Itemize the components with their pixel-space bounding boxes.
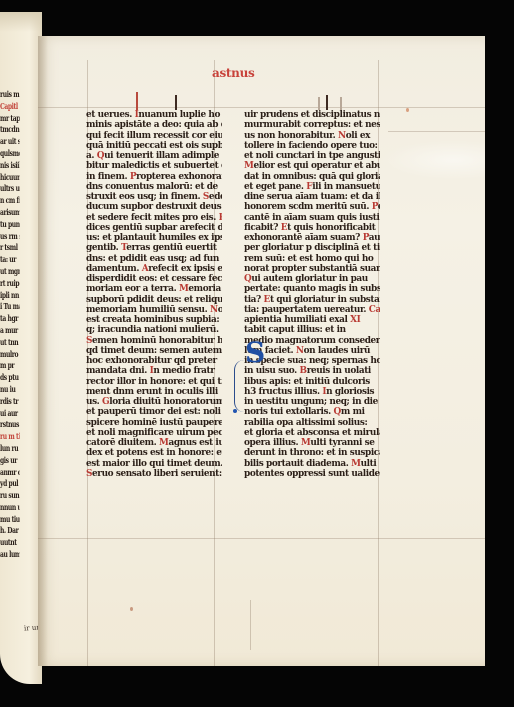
text-line: potentes oppressi sunt ualide: et [244, 469, 370, 479]
left-page-line: Capitl . r [0, 102, 20, 114]
left-page-line: ut tnn [0, 338, 20, 350]
text-segment: eruo sensato liberi seruient: et [92, 468, 222, 479]
left-page-line: ruis m ur [0, 90, 20, 102]
left-page-line: i Tu ma [0, 302, 20, 314]
left-page-line: rdis tr [0, 397, 20, 409]
left-page-line: nu iu [0, 385, 20, 397]
left-page-line: gis ur [0, 456, 20, 468]
left-page-line: ru m ti [0, 432, 20, 444]
left-page-line: anmr c [0, 468, 20, 480]
left-page-line: rt ruip [0, 279, 20, 291]
blue-initial: S [245, 340, 267, 366]
page-crease-highlight [380, 140, 485, 180]
left-page-line: ipli nn [0, 291, 20, 303]
left-page-line: nnun ur [0, 503, 20, 515]
parchment-stain [406, 108, 409, 112]
ascender [318, 97, 320, 110]
left-page-line: lun ru [0, 444, 20, 456]
left-page-line: ds ptu [0, 373, 20, 385]
text-column-b: uir prudens et disciplinatus nōmurmurabi… [244, 110, 380, 479]
left-page-line: mr tapiu [0, 114, 20, 126]
ascender [326, 95, 328, 110]
ruling-line-top [38, 107, 485, 108]
left-page-text: ruis m urCapitl . rmr tapiutmcdn suar ui… [0, 90, 20, 560]
ruling-line-col-b-left [250, 600, 251, 650]
rubricated-capital: Capitlm [369, 304, 380, 315]
page-gutter-shadow [38, 36, 48, 666]
left-page-line: nis isiilr [0, 161, 20, 173]
text-segment: potentes oppressi sunt ualide: et [244, 468, 380, 479]
ruling-line-margin [388, 131, 485, 132]
left-page-line: au lum [0, 550, 20, 560]
left-page-line: ut mgn [0, 267, 20, 279]
left-page-line: ru sun [0, 491, 20, 503]
left-page-line: mu tiu [0, 515, 20, 527]
left-page-line: ar uit sr [0, 137, 20, 149]
left-page-line: ta hgr [0, 314, 20, 326]
left-page-line: hicuum a [0, 173, 20, 185]
rubricated-capital: XI [350, 314, 360, 325]
left-page-line: arisum, [0, 208, 20, 220]
left-page-line: us rm su [0, 232, 20, 244]
left-page-line: n cm fm [0, 196, 20, 208]
left-page-line: yd pul [0, 479, 20, 491]
left-page-line: h. Dar [0, 526, 20, 538]
left-facing-page: ruis m urCapitl . rmr tapiutmcdn suar ui… [0, 12, 42, 684]
left-page-line: mulro n [0, 350, 20, 362]
left-page-line: uutnt [0, 538, 20, 550]
ruling-line-bottom [38, 538, 485, 539]
text-column-a: et uerues. Inuanum luplie hominis apistā… [86, 110, 222, 479]
blue-initial-flourish [234, 360, 245, 412]
left-page-line: r tsml [0, 243, 20, 255]
left-page-line: rstnus [0, 420, 20, 432]
left-page-line: ultrs unn [0, 184, 20, 196]
text-line: Seruo sensato liberi seruient: et [86, 469, 212, 479]
blue-initial-dot [233, 409, 237, 413]
left-page-line: tu pun [0, 220, 20, 232]
ascender-red [136, 92, 138, 110]
left-page-line: a mur [0, 326, 20, 338]
left-page-line: qulsmoi [0, 149, 20, 161]
left-page-line: tmcdn su [0, 125, 20, 137]
ascender [340, 97, 342, 110]
ascender [175, 95, 177, 110]
running-head: astnus [212, 66, 254, 80]
left-page-line: ta: ur [0, 255, 20, 267]
left-page-line: m pr [0, 361, 20, 373]
left-page-line: ui aur [0, 409, 20, 421]
parchment-stain [130, 607, 133, 611]
